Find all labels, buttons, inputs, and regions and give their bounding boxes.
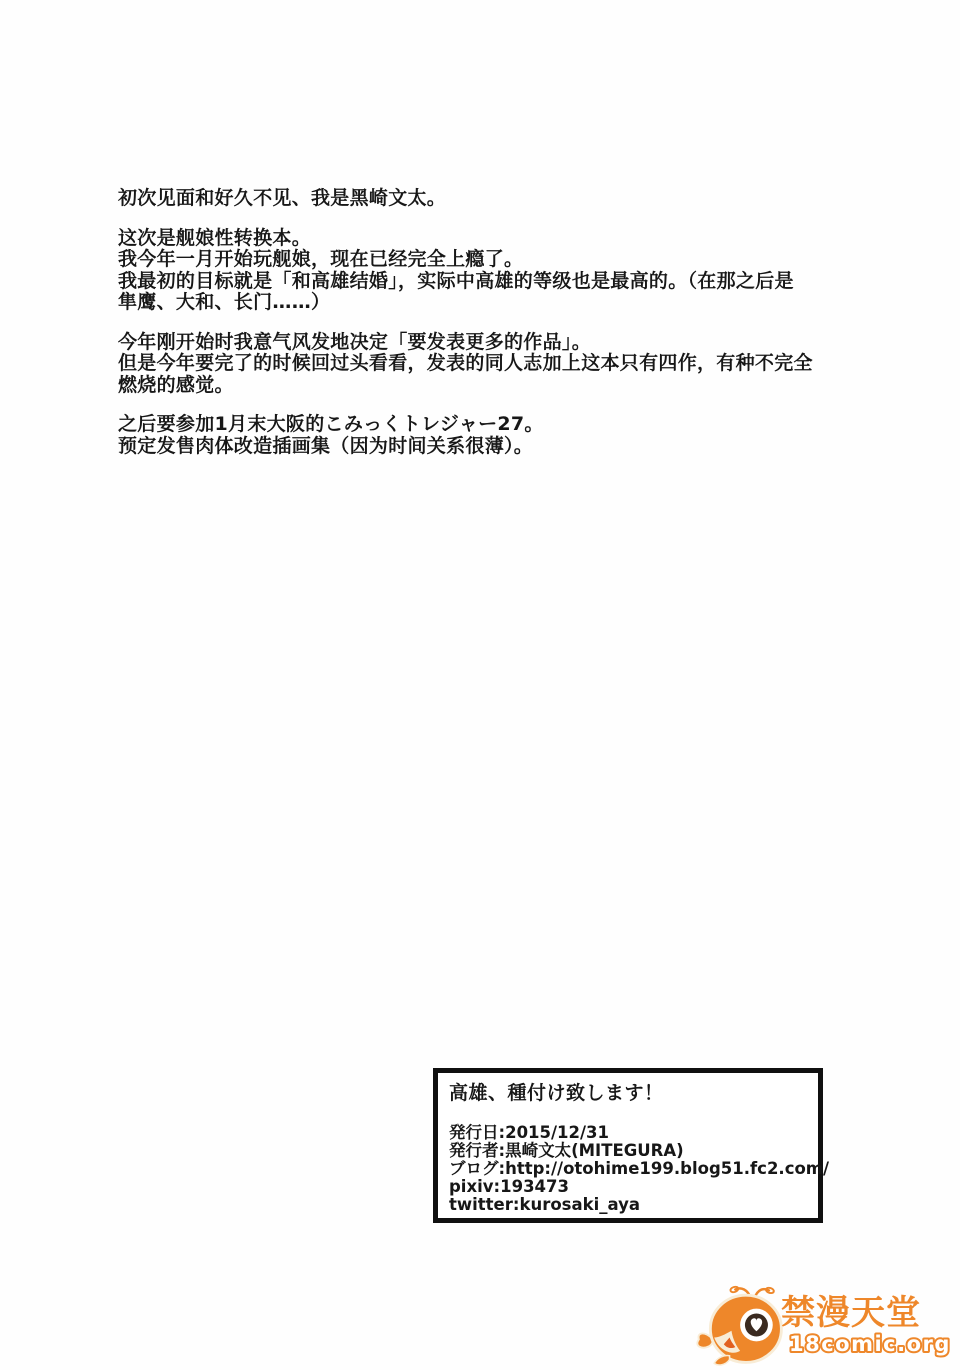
afterword-text-block: 初次见面和好久不见、我是黑崎文太。 这次是舰娘性转换本。 我今年一月开始玩舰娘，… — [118, 188, 863, 475]
watermark-site-url: 18comic.org — [789, 1332, 951, 1356]
watermark-18comic-logo: 禁漫天堂 18comic.org — [695, 1280, 955, 1368]
afterword-paragraph: 之后要参加1月末大阪的こみっくトレジャー27。 预定发售肉体改造插画集（因为时间… — [118, 414, 863, 457]
colophon-publisher: 発行者:黒崎文太(MITEGURA) — [449, 1142, 812, 1160]
colophon-title: 高雄、種付け致します！ — [449, 1082, 812, 1104]
afterword-paragraph: 初次见面和好久不见、我是黑崎文太。 — [118, 188, 863, 210]
afterword-paragraph: 今年刚开始时我意气风发地决定「要发表更多的作品」。 但是今年要完了的时候回过头看… — [118, 332, 863, 397]
colophon-twitter-handle: twitter:kurosaki_aya — [449, 1196, 812, 1214]
colophon-pixiv-id: pixiv:193473 — [449, 1178, 812, 1196]
whale-mascot-icon — [695, 1282, 791, 1368]
scanned-afterword-page: 初次见面和好久不见、我是黑崎文太。 这次是舰娘性转换本。 我今年一月开始玩舰娘，… — [0, 0, 960, 1370]
colophon-box: 高雄、種付け致します！ 発行日:2015/12/31 発行者:黒崎文太(MITE… — [433, 1068, 823, 1223]
colophon-publish-date: 発行日:2015/12/31 — [449, 1124, 812, 1142]
watermark-site-url-badge: 18comic.org — [785, 1326, 953, 1360]
watermark-site-name: 禁漫天堂 — [781, 1296, 921, 1330]
afterword-paragraph: 这次是舰娘性转换本。 我今年一月开始玩舰娘，现在已经完全上瘾了。 我最初的目标就… — [118, 228, 863, 314]
colophon-blog-url: ブログ:http://otohime199.blog51.fc2.com/ — [449, 1160, 812, 1178]
